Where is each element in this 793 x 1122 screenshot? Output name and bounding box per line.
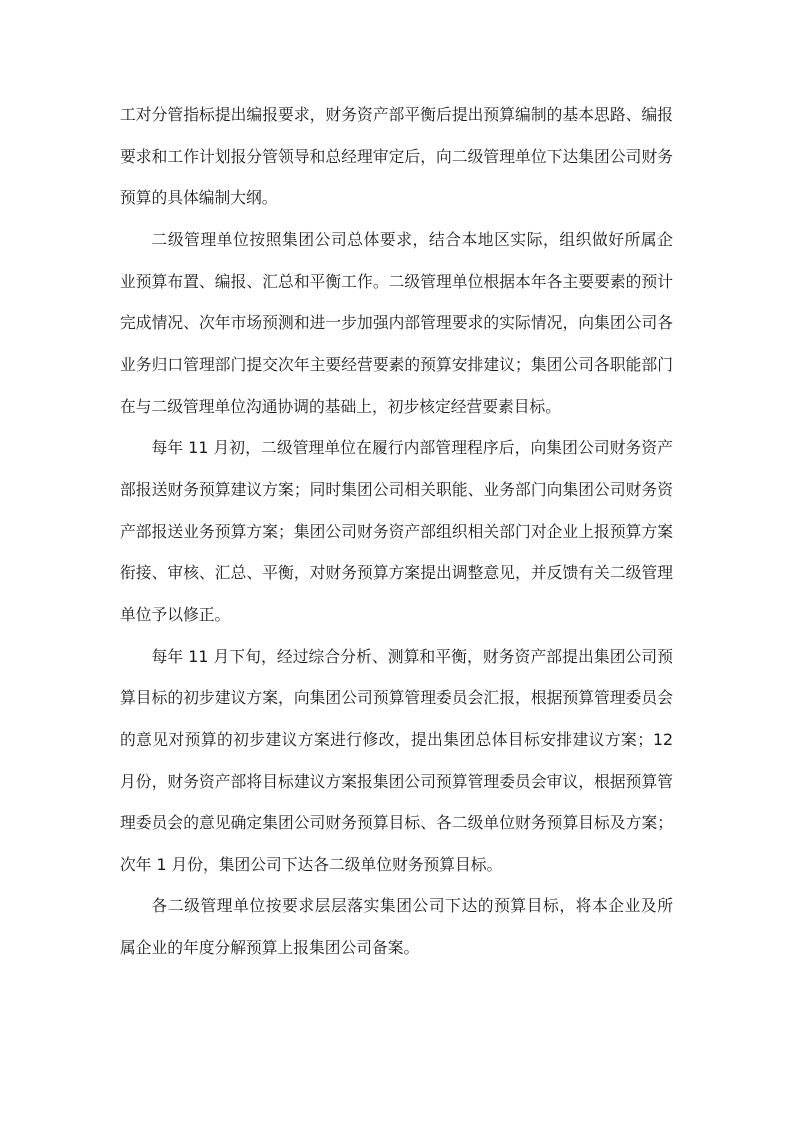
text-line: 每年 11 月初，二级管理单位在履行内部管理程序后，向集团公司财务资产 [120,427,673,469]
text-line: 单位予以修正。 [120,594,673,636]
text-line: 的意见对预算的初步建议方案进行修改，提出集团总体目标安排建议方案；12 [120,719,673,761]
body-text: 工对分管指标提出编报要求，财务资产部平衡后提出预算编制的基本思路、编报 要求和工… [120,94,673,969]
text-line: 工对分管指标提出编报要求，财务资产部平衡后提出预算编制的基本思路、编报 [120,94,673,136]
text-line: 产部报送业务预算方案；集团公司财务资产部组织相关部门对企业上报预算方案 [120,511,673,553]
paragraph-late-november: 每年 11 月下旬，经过综合分析、测算和平衡，财务资产部提出集团公司预 算目标的… [120,636,673,886]
text-line: 每年 11 月下旬，经过综合分析、测算和平衡，财务资产部提出集团公司预 [120,636,673,678]
text-line: 预算的具体编制大纲。 [120,177,673,219]
text-line: 算目标的初步建议方案，向集团公司预算管理委员会汇报，根据预算管理委员会 [120,677,673,719]
text-line: 部报送财务预算建议方案；同时集团公司相关职能、业务部门向集团公司财务资 [120,469,673,511]
paragraph-implementation: 各二级管理单位按要求层层落实集团公司下达的预算目标，将本企业及所 属企业的年度分… [120,885,673,968]
text-line: 要求和工作计划报分管领导和总经理审定后，向二级管理单位下达集团公司财务 [120,136,673,178]
document-page: 工对分管指标提出编报要求，财务资产部平衡后提出预算编制的基本思路、编报 要求和工… [0,0,793,1122]
text-line: 完成情况、次年市场预测和进一步加强内部管理要求的实际情况，向集团公司各 [120,302,673,344]
text-line: 在与二级管理单位沟通协调的基础上，初步核定经营要素目标。 [120,386,673,428]
text-line: 理委员会的意见确定集团公司财务预算目标、各二级单位财务预算目标及方案； [120,802,673,844]
text-line: 业务归口管理部门提交次年主要经营要素的预算安排建议；集团公司各职能部门 [120,344,673,386]
text-line: 各二级管理单位按要求层层落实集团公司下达的预算目标，将本企业及所 [120,885,673,927]
text-line: 次年 1 月份，集团公司下达各二级单位财务预算目标。 [120,844,673,886]
text-line: 属企业的年度分解预算上报集团公司备案。 [120,927,673,969]
paragraph-early-november: 每年 11 月初，二级管理单位在履行内部管理程序后，向集团公司财务资产 部报送财… [120,427,673,635]
paragraph-secondary-units: 二级管理单位按照集团公司总体要求，结合本地区实际，组织做好所属企 业预算布置、编… [120,219,673,427]
text-line: 业预算布置、编报、汇总和平衡工作。二级管理单位根据本年各主要要素的预计 [120,261,673,303]
text-line: 衔接、审核、汇总、平衡，对财务预算方案提出调整意见，并反馈有关二级管理 [120,552,673,594]
paragraph-budget-outline: 工对分管指标提出编报要求，财务资产部平衡后提出预算编制的基本思路、编报 要求和工… [120,94,673,219]
text-line: 二级管理单位按照集团公司总体要求，结合本地区实际，组织做好所属企 [120,219,673,261]
text-line: 月份，财务资产部将目标建议方案报集团公司预算管理委员会审议，根据预算管 [120,761,673,803]
